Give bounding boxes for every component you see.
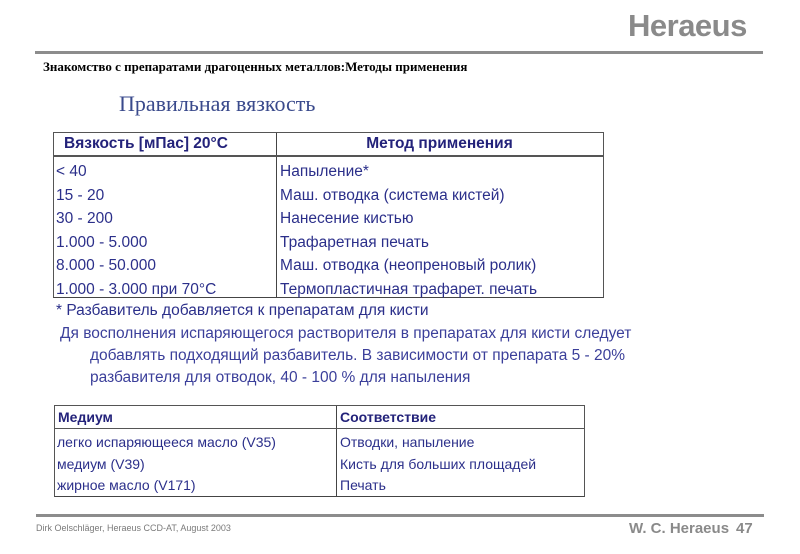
table-cell: Нанесение кистью xyxy=(280,207,537,231)
paragraph-line: Дя восполнения испаряющегося растворител… xyxy=(60,323,760,345)
footer-rule xyxy=(36,514,764,517)
column-header-viscosity: Вязкость [мПас] 20°C xyxy=(64,135,228,153)
table-cell: Печать xyxy=(340,475,536,497)
page-number: 47 xyxy=(736,520,753,537)
table-cell: Маш. отводка (неопреновый ролик) xyxy=(280,254,537,278)
table-cell: < 40 xyxy=(56,160,216,184)
table-cell: жирное масло (V171) xyxy=(57,475,276,497)
table-cell: легко испаряющееся масло (V35) xyxy=(57,432,276,454)
table-cell: Маш. отводка (система кистей) xyxy=(280,184,537,208)
header-divider xyxy=(54,155,603,157)
heraeus-logo: Heraeus xyxy=(628,8,747,44)
header-divider xyxy=(55,428,584,429)
table-cell: Отводки, напыление xyxy=(340,432,536,454)
slide-title: Правильная вязкость xyxy=(119,91,315,117)
method-column: Напыление* Маш. отводка (система кистей)… xyxy=(280,160,537,302)
table-cell: Кисть для больших площадей xyxy=(340,454,536,476)
medium-column: легко испаряющееся масло (V35) медиум (V… xyxy=(57,432,276,497)
column-header-match: Соответствие xyxy=(340,409,436,425)
paragraph-line: разбавителя для отводок, 40 - 100 % для … xyxy=(60,367,760,389)
footer-author: Dirk Oelschläger, Heraeus CCD-AT, August… xyxy=(36,523,231,533)
footer-company: W. C. Heraeus xyxy=(629,520,729,537)
column-divider xyxy=(336,406,337,496)
table-cell: медиум (V39) xyxy=(57,454,276,476)
column-header-method: Метод применения xyxy=(276,135,603,153)
table-cell: Напыление* xyxy=(280,160,537,184)
table-cell: Термопластичная трафарет. печать xyxy=(280,278,537,302)
column-divider xyxy=(276,133,277,297)
table-cell: 1.000 - 5.000 xyxy=(56,231,216,255)
match-column: Отводки, напыление Кисть для больших пло… xyxy=(340,432,536,497)
explanation-paragraph: Дя восполнения испаряющегося растворител… xyxy=(60,323,760,389)
footnote: * Разбавитель добавляется к препаратам д… xyxy=(56,302,429,320)
table-cell: 8.000 - 50.000 xyxy=(56,254,216,278)
viscosity-column: < 40 15 - 20 30 - 200 1.000 - 5.000 8.00… xyxy=(56,160,216,302)
paragraph-line: добавлять подходящий разбавитель. В зави… xyxy=(60,345,760,367)
medium-table: Медиум Соответствие легко испаряющееся м… xyxy=(54,405,585,497)
table-cell: Трафаретная печать xyxy=(280,231,537,255)
column-header-medium: Медиум xyxy=(58,409,113,425)
header-rule xyxy=(35,51,763,54)
table-cell: 30 - 200 xyxy=(56,207,216,231)
viscosity-table: Вязкость [мПас] 20°C Метод применения < … xyxy=(53,132,604,298)
table-cell: 15 - 20 xyxy=(56,184,216,208)
section-header: Знакомство с препаратами драгоценных мет… xyxy=(43,59,467,75)
table-cell: 1.000 - 3.000 при 70°C xyxy=(56,278,216,302)
